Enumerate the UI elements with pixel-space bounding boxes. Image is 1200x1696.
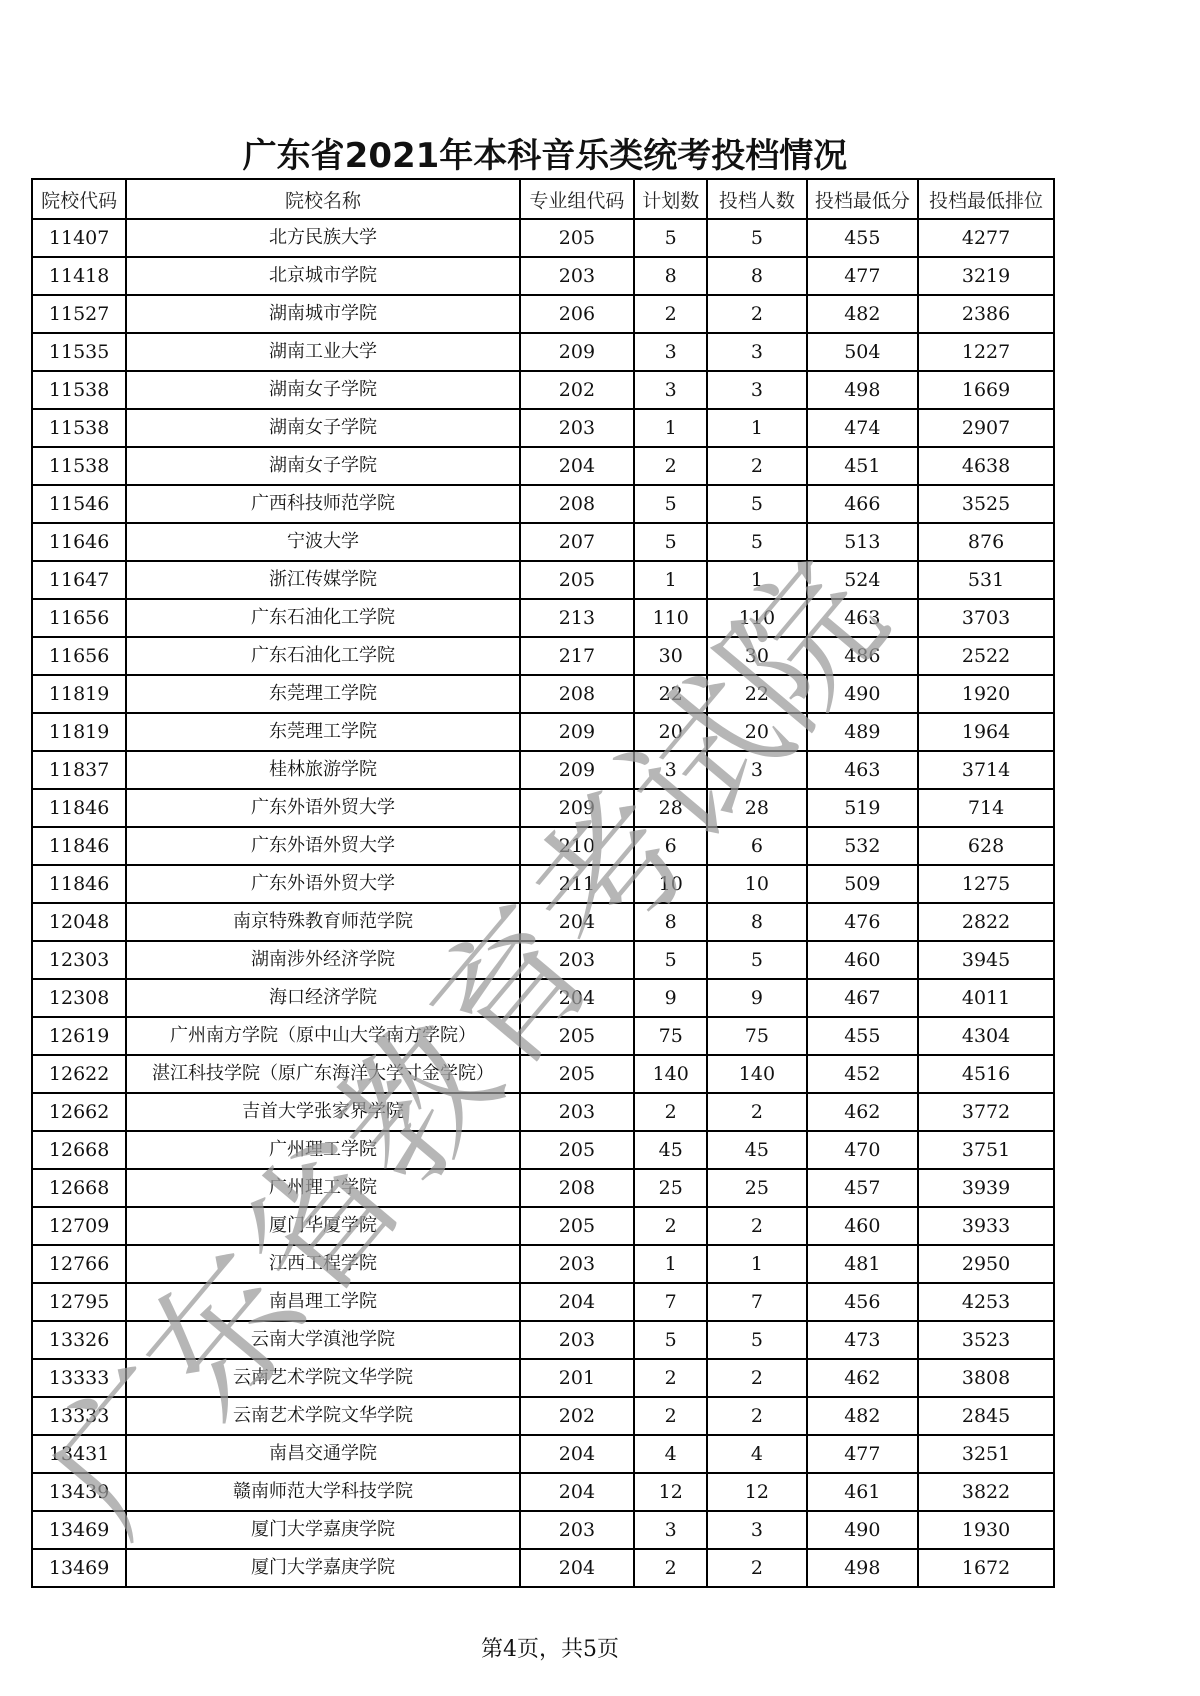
cell-admitted-count: 5 xyxy=(707,219,806,257)
table-row: 11837桂林旅游学院209334633714 xyxy=(32,751,1054,789)
cell-group-code: 209 xyxy=(520,789,635,827)
cell-min-rank: 2822 xyxy=(918,903,1054,941)
cell-min-rank: 2907 xyxy=(918,409,1054,447)
cell-plan-count: 30 xyxy=(634,637,707,675)
cell-group-code: 205 xyxy=(520,1017,635,1055)
table-row: 11538湖南女子学院203114742907 xyxy=(32,409,1054,447)
cell-min-rank: 1964 xyxy=(918,713,1054,751)
cell-school-name: 广州理工学院 xyxy=(126,1131,519,1169)
table-row: 12303湖南涉外经济学院203554603945 xyxy=(32,941,1054,979)
header-school-code: 院校代码 xyxy=(32,179,126,219)
cell-min-score: 498 xyxy=(807,1549,919,1587)
cell-group-code: 203 xyxy=(520,257,635,295)
cell-school-name: 浙江传媒学院 xyxy=(126,561,519,599)
header-school-name: 院校名称 xyxy=(126,179,519,219)
cell-group-code: 204 xyxy=(520,1435,635,1473)
table-row: 13469厦门大学嘉庚学院203334901930 xyxy=(32,1511,1054,1549)
cell-school-name: 湖南工业大学 xyxy=(126,333,519,371)
cell-school-code: 13431 xyxy=(32,1435,126,1473)
cell-admitted-count: 3 xyxy=(707,751,806,789)
table-body: 11407北方民族大学20555455427711418北京城市学院203884… xyxy=(32,219,1054,1587)
cell-admitted-count: 5 xyxy=(707,523,806,561)
cell-plan-count: 2 xyxy=(634,1093,707,1131)
cell-group-code: 203 xyxy=(520,1093,635,1131)
cell-school-code: 11846 xyxy=(32,865,126,903)
cell-min-rank: 3822 xyxy=(918,1473,1054,1511)
header-min-score: 投档最低分 xyxy=(807,179,919,219)
cell-admitted-count: 2 xyxy=(707,1359,806,1397)
cell-school-name: 广州理工学院 xyxy=(126,1169,519,1207)
cell-min-score: 532 xyxy=(807,827,919,865)
cell-plan-count: 20 xyxy=(634,713,707,751)
cell-min-rank: 2522 xyxy=(918,637,1054,675)
table-row: 11646宁波大学20755513876 xyxy=(32,523,1054,561)
cell-plan-count: 7 xyxy=(634,1283,707,1321)
table-row: 11538湖南女子学院204224514638 xyxy=(32,447,1054,485)
cell-group-code: 203 xyxy=(520,409,635,447)
cell-school-code: 11837 xyxy=(32,751,126,789)
header-group-code: 专业组代码 xyxy=(520,179,635,219)
cell-school-code: 11656 xyxy=(32,637,126,675)
cell-group-code: 206 xyxy=(520,295,635,333)
cell-group-code: 204 xyxy=(520,903,635,941)
cell-min-rank: 876 xyxy=(918,523,1054,561)
cell-school-name: 宁波大学 xyxy=(126,523,519,561)
cell-plan-count: 3 xyxy=(634,751,707,789)
cell-school-name: 厦门大学嘉庚学院 xyxy=(126,1511,519,1549)
cell-group-code: 205 xyxy=(520,1131,635,1169)
cell-school-name: 湖南城市学院 xyxy=(126,295,519,333)
cell-min-score: 524 xyxy=(807,561,919,599)
cell-plan-count: 1 xyxy=(634,1245,707,1283)
table-row: 12766江西工程学院203114812950 xyxy=(32,1245,1054,1283)
cell-school-name: 云南大学滇池学院 xyxy=(126,1321,519,1359)
cell-admitted-count: 2 xyxy=(707,1207,806,1245)
cell-school-name: 赣南师范大学科技学院 xyxy=(126,1473,519,1511)
cell-admitted-count: 4 xyxy=(707,1435,806,1473)
cell-school-name: 湖南女子学院 xyxy=(126,409,519,447)
cell-school-name: 广东外语外贸大学 xyxy=(126,827,519,865)
cell-min-rank: 3714 xyxy=(918,751,1054,789)
cell-school-code: 12308 xyxy=(32,979,126,1017)
cell-min-score: 482 xyxy=(807,295,919,333)
cell-school-name: 江西工程学院 xyxy=(126,1245,519,1283)
cell-min-rank: 3751 xyxy=(918,1131,1054,1169)
cell-school-name: 广西科技师范学院 xyxy=(126,485,519,523)
cell-school-code: 11418 xyxy=(32,257,126,295)
cell-group-code: 205 xyxy=(520,219,635,257)
cell-plan-count: 3 xyxy=(634,371,707,409)
cell-school-name: 南昌理工学院 xyxy=(126,1283,519,1321)
cell-group-code: 202 xyxy=(520,1397,635,1435)
header-admitted-count: 投档人数 xyxy=(707,179,806,219)
table-row: 13469厦门大学嘉庚学院204224981672 xyxy=(32,1549,1054,1587)
cell-school-code: 11538 xyxy=(32,371,126,409)
cell-school-code: 13439 xyxy=(32,1473,126,1511)
cell-plan-count: 2 xyxy=(634,1549,707,1587)
cell-school-name: 北京城市学院 xyxy=(126,257,519,295)
table-row: 11819东莞理工学院20920204891964 xyxy=(32,713,1054,751)
table-row: 11407北方民族大学205554554277 xyxy=(32,219,1054,257)
cell-school-code: 11407 xyxy=(32,219,126,257)
cell-school-name: 南京特殊教育师范学院 xyxy=(126,903,519,941)
cell-school-code: 11647 xyxy=(32,561,126,599)
table-row: 13326云南大学滇池学院203554733523 xyxy=(32,1321,1054,1359)
cell-plan-count: 2 xyxy=(634,447,707,485)
cell-plan-count: 5 xyxy=(634,1321,707,1359)
cell-admitted-count: 10 xyxy=(707,865,806,903)
table-header-row: 院校代码 院校名称 专业组代码 计划数 投档人数 投档最低分 投档最低排位 xyxy=(32,179,1054,219)
cell-admitted-count: 2 xyxy=(707,295,806,333)
cell-school-code: 11846 xyxy=(32,827,126,865)
cell-plan-count: 110 xyxy=(634,599,707,637)
cell-min-score: 509 xyxy=(807,865,919,903)
cell-group-code: 204 xyxy=(520,1473,635,1511)
cell-min-rank: 4011 xyxy=(918,979,1054,1017)
cell-min-rank: 4304 xyxy=(918,1017,1054,1055)
table-row: 11656广东石油化工学院21730304862522 xyxy=(32,637,1054,675)
cell-admitted-count: 12 xyxy=(707,1473,806,1511)
cell-school-code: 11656 xyxy=(32,599,126,637)
table-row: 12662吉首大学张家界学院203224623772 xyxy=(32,1093,1054,1131)
cell-min-score: 462 xyxy=(807,1093,919,1131)
cell-school-name: 广州南方学院（原中山大学南方学院） xyxy=(126,1017,519,1055)
cell-school-code: 12619 xyxy=(32,1017,126,1055)
cell-school-code: 12668 xyxy=(32,1131,126,1169)
cell-school-code: 11527 xyxy=(32,295,126,333)
cell-school-name: 广东外语外贸大学 xyxy=(126,789,519,827)
cell-min-score: 463 xyxy=(807,751,919,789)
cell-group-code: 203 xyxy=(520,1245,635,1283)
cell-min-score: 473 xyxy=(807,1321,919,1359)
cell-min-score: 452 xyxy=(807,1055,919,1093)
cell-group-code: 205 xyxy=(520,561,635,599)
cell-admitted-count: 22 xyxy=(707,675,806,713)
cell-school-code: 12662 xyxy=(32,1093,126,1131)
cell-admitted-count: 25 xyxy=(707,1169,806,1207)
cell-plan-count: 2 xyxy=(634,1207,707,1245)
cell-plan-count: 3 xyxy=(634,333,707,371)
cell-admitted-count: 8 xyxy=(707,257,806,295)
cell-plan-count: 25 xyxy=(634,1169,707,1207)
table-row: 11819东莞理工学院20822224901920 xyxy=(32,675,1054,713)
cell-min-rank: 4516 xyxy=(918,1055,1054,1093)
cell-min-rank: 531 xyxy=(918,561,1054,599)
cell-school-name: 东莞理工学院 xyxy=(126,675,519,713)
cell-admitted-count: 75 xyxy=(707,1017,806,1055)
table-row: 11846广东外语外贸大学21110105091275 xyxy=(32,865,1054,903)
cell-school-code: 11819 xyxy=(32,713,126,751)
cell-min-rank: 3523 xyxy=(918,1321,1054,1359)
cell-admitted-count: 20 xyxy=(707,713,806,751)
cell-min-score: 467 xyxy=(807,979,919,1017)
cell-plan-count: 4 xyxy=(634,1435,707,1473)
cell-group-code: 204 xyxy=(520,1283,635,1321)
cell-admitted-count: 110 xyxy=(707,599,806,637)
table-row: 11656广东石油化工学院2131101104633703 xyxy=(32,599,1054,637)
cell-group-code: 210 xyxy=(520,827,635,865)
cell-min-score: 460 xyxy=(807,1207,919,1245)
cell-min-score: 477 xyxy=(807,257,919,295)
cell-plan-count: 28 xyxy=(634,789,707,827)
cell-plan-count: 10 xyxy=(634,865,707,903)
cell-school-code: 12303 xyxy=(32,941,126,979)
cell-admitted-count: 3 xyxy=(707,371,806,409)
cell-school-code: 11546 xyxy=(32,485,126,523)
cell-min-score: 462 xyxy=(807,1359,919,1397)
cell-plan-count: 5 xyxy=(634,485,707,523)
cell-admitted-count: 1 xyxy=(707,409,806,447)
cell-min-score: 470 xyxy=(807,1131,919,1169)
cell-school-code: 12622 xyxy=(32,1055,126,1093)
cell-plan-count: 2 xyxy=(634,295,707,333)
cell-group-code: 211 xyxy=(520,865,635,903)
cell-min-score: 498 xyxy=(807,371,919,409)
cell-school-code: 11646 xyxy=(32,523,126,561)
cell-min-rank: 3808 xyxy=(918,1359,1054,1397)
cell-school-name: 云南艺术学院文华学院 xyxy=(126,1397,519,1435)
cell-min-rank: 714 xyxy=(918,789,1054,827)
cell-plan-count: 12 xyxy=(634,1473,707,1511)
table-row: 11418北京城市学院203884773219 xyxy=(32,257,1054,295)
cell-admitted-count: 2 xyxy=(707,447,806,485)
cell-admitted-count: 1 xyxy=(707,561,806,599)
cell-min-rank: 628 xyxy=(918,827,1054,865)
cell-min-rank: 1275 xyxy=(918,865,1054,903)
cell-min-score: 451 xyxy=(807,447,919,485)
cell-min-rank: 3772 xyxy=(918,1093,1054,1131)
cell-group-code: 205 xyxy=(520,1207,635,1245)
cell-group-code: 209 xyxy=(520,713,635,751)
cell-group-code: 203 xyxy=(520,1321,635,1359)
cell-school-name: 厦门华厦学院 xyxy=(126,1207,519,1245)
cell-school-name: 广东石油化工学院 xyxy=(126,599,519,637)
cell-school-code: 13469 xyxy=(32,1511,126,1549)
cell-admitted-count: 9 xyxy=(707,979,806,1017)
cell-school-name: 湖南女子学院 xyxy=(126,371,519,409)
cell-min-score: 489 xyxy=(807,713,919,751)
cell-school-code: 13333 xyxy=(32,1397,126,1435)
cell-min-score: 456 xyxy=(807,1283,919,1321)
table-row: 11846广东外语外贸大学21066532628 xyxy=(32,827,1054,865)
cell-min-rank: 2950 xyxy=(918,1245,1054,1283)
table-row: 11538湖南女子学院202334981669 xyxy=(32,371,1054,409)
cell-min-score: 504 xyxy=(807,333,919,371)
cell-plan-count: 3 xyxy=(634,1511,707,1549)
table-row: 11535湖南工业大学209335041227 xyxy=(32,333,1054,371)
cell-school-code: 12048 xyxy=(32,903,126,941)
cell-min-score: 461 xyxy=(807,1473,919,1511)
cell-school-name: 海口经济学院 xyxy=(126,979,519,1017)
cell-min-score: 460 xyxy=(807,941,919,979)
cell-plan-count: 45 xyxy=(634,1131,707,1169)
cell-min-rank: 3939 xyxy=(918,1169,1054,1207)
cell-plan-count: 6 xyxy=(634,827,707,865)
page-footer: 第4页，共5页 xyxy=(0,1632,1100,1663)
cell-plan-count: 22 xyxy=(634,675,707,713)
cell-min-rank: 3703 xyxy=(918,599,1054,637)
cell-min-rank: 3933 xyxy=(918,1207,1054,1245)
cell-min-rank: 2845 xyxy=(918,1397,1054,1435)
cell-school-code: 12766 xyxy=(32,1245,126,1283)
cell-min-rank: 3525 xyxy=(918,485,1054,523)
table-row: 12709厦门华厦学院205224603933 xyxy=(32,1207,1054,1245)
cell-plan-count: 2 xyxy=(634,1397,707,1435)
cell-group-code: 213 xyxy=(520,599,635,637)
cell-admitted-count: 3 xyxy=(707,1511,806,1549)
cell-group-code: 217 xyxy=(520,637,635,675)
cell-admitted-count: 30 xyxy=(707,637,806,675)
cell-plan-count: 9 xyxy=(634,979,707,1017)
table-row: 12668广州理工学院20825254573939 xyxy=(32,1169,1054,1207)
cell-group-code: 202 xyxy=(520,371,635,409)
cell-group-code: 205 xyxy=(520,1055,635,1093)
cell-school-code: 13333 xyxy=(32,1359,126,1397)
cell-plan-count: 8 xyxy=(634,257,707,295)
cell-min-rank: 4638 xyxy=(918,447,1054,485)
table-row: 11846广东外语外贸大学2092828519714 xyxy=(32,789,1054,827)
cell-admitted-count: 28 xyxy=(707,789,806,827)
cell-min-rank: 4277 xyxy=(918,219,1054,257)
table-row: 12668广州理工学院20545454703751 xyxy=(32,1131,1054,1169)
table-row: 11527湖南城市学院206224822386 xyxy=(32,295,1054,333)
cell-group-code: 209 xyxy=(520,751,635,789)
cell-min-score: 490 xyxy=(807,1511,919,1549)
cell-school-code: 13326 xyxy=(32,1321,126,1359)
cell-plan-count: 1 xyxy=(634,561,707,599)
cell-school-code: 12709 xyxy=(32,1207,126,1245)
cell-min-score: 463 xyxy=(807,599,919,637)
cell-min-rank: 2386 xyxy=(918,295,1054,333)
cell-min-rank: 1930 xyxy=(918,1511,1054,1549)
cell-admitted-count: 6 xyxy=(707,827,806,865)
cell-admitted-count: 45 xyxy=(707,1131,806,1169)
document-title: 广东省2021年本科音乐类统考投档情况 xyxy=(0,134,1090,178)
table-row: 12619广州南方学院（原中山大学南方学院）20575754554304 xyxy=(32,1017,1054,1055)
cell-school-code: 12668 xyxy=(32,1169,126,1207)
cell-group-code: 203 xyxy=(520,941,635,979)
cell-school-name: 东莞理工学院 xyxy=(126,713,519,751)
cell-plan-count: 140 xyxy=(634,1055,707,1093)
cell-school-name: 桂林旅游学院 xyxy=(126,751,519,789)
cell-admitted-count: 5 xyxy=(707,485,806,523)
cell-min-rank: 1227 xyxy=(918,333,1054,371)
cell-group-code: 204 xyxy=(520,447,635,485)
cell-admitted-count: 5 xyxy=(707,941,806,979)
cell-admitted-count: 7 xyxy=(707,1283,806,1321)
cell-school-code: 11538 xyxy=(32,447,126,485)
cell-group-code: 208 xyxy=(520,485,635,523)
cell-plan-count: 8 xyxy=(634,903,707,941)
cell-admitted-count: 140 xyxy=(707,1055,806,1093)
cell-min-score: 486 xyxy=(807,637,919,675)
cell-school-name: 湖南涉外经济学院 xyxy=(126,941,519,979)
cell-min-rank: 3945 xyxy=(918,941,1054,979)
cell-school-code: 11819 xyxy=(32,675,126,713)
cell-min-rank: 1672 xyxy=(918,1549,1054,1587)
cell-min-score: 519 xyxy=(807,789,919,827)
cell-min-rank: 4253 xyxy=(918,1283,1054,1321)
cell-admitted-count: 3 xyxy=(707,333,806,371)
cell-group-code: 204 xyxy=(520,979,635,1017)
cell-admitted-count: 1 xyxy=(707,1245,806,1283)
cell-min-score: 466 xyxy=(807,485,919,523)
cell-school-code: 11846 xyxy=(32,789,126,827)
cell-school-code: 13469 xyxy=(32,1549,126,1587)
cell-min-rank: 1669 xyxy=(918,371,1054,409)
cell-group-code: 203 xyxy=(520,1511,635,1549)
cell-min-score: 513 xyxy=(807,523,919,561)
table-row: 13333云南艺术学院文华学院201224623808 xyxy=(32,1359,1054,1397)
table-row: 12795南昌理工学院204774564253 xyxy=(32,1283,1054,1321)
table-row: 12048南京特殊教育师范学院204884762822 xyxy=(32,903,1054,941)
table-row: 11546广西科技师范学院208554663525 xyxy=(32,485,1054,523)
cell-school-code: 12795 xyxy=(32,1283,126,1321)
cell-min-score: 474 xyxy=(807,409,919,447)
header-plan-count: 计划数 xyxy=(634,179,707,219)
cell-school-name: 云南艺术学院文华学院 xyxy=(126,1359,519,1397)
cell-admitted-count: 2 xyxy=(707,1549,806,1587)
cell-min-score: 455 xyxy=(807,219,919,257)
table-row: 13333云南艺术学院文华学院202224822845 xyxy=(32,1397,1054,1435)
cell-school-name: 广东外语外贸大学 xyxy=(126,865,519,903)
cell-group-code: 208 xyxy=(520,675,635,713)
cell-group-code: 207 xyxy=(520,523,635,561)
table-row: 12622湛江科技学院（原广东海洋大学寸金学院）2051401404524516 xyxy=(32,1055,1054,1093)
cell-min-score: 455 xyxy=(807,1017,919,1055)
cell-min-rank: 1920 xyxy=(918,675,1054,713)
cell-min-score: 477 xyxy=(807,1435,919,1473)
header-min-rank: 投档最低排位 xyxy=(918,179,1054,219)
cell-school-code: 11538 xyxy=(32,409,126,447)
cell-school-name: 南昌交通学院 xyxy=(126,1435,519,1473)
cell-min-score: 490 xyxy=(807,675,919,713)
cell-admitted-count: 8 xyxy=(707,903,806,941)
cell-school-name: 厦门大学嘉庚学院 xyxy=(126,1549,519,1587)
cell-plan-count: 1 xyxy=(634,409,707,447)
cell-min-score: 481 xyxy=(807,1245,919,1283)
cell-plan-count: 5 xyxy=(634,219,707,257)
cell-min-rank: 3251 xyxy=(918,1435,1054,1473)
table-row: 13439赣南师范大学科技学院20412124613822 xyxy=(32,1473,1054,1511)
cell-group-code: 209 xyxy=(520,333,635,371)
cell-group-code: 204 xyxy=(520,1549,635,1587)
cell-admitted-count: 5 xyxy=(707,1321,806,1359)
cell-school-name: 广东石油化工学院 xyxy=(126,637,519,675)
cell-min-score: 476 xyxy=(807,903,919,941)
cell-admitted-count: 2 xyxy=(707,1093,806,1131)
cell-plan-count: 2 xyxy=(634,1359,707,1397)
cell-admitted-count: 2 xyxy=(707,1397,806,1435)
cell-group-code: 208 xyxy=(520,1169,635,1207)
cell-school-name: 北方民族大学 xyxy=(126,219,519,257)
admission-table: 院校代码 院校名称 专业组代码 计划数 投档人数 投档最低分 投档最低排位 11… xyxy=(31,178,1055,1588)
table-row: 12308海口经济学院204994674011 xyxy=(32,979,1054,1017)
cell-min-score: 482 xyxy=(807,1397,919,1435)
table-row: 13431南昌交通学院204444773251 xyxy=(32,1435,1054,1473)
cell-group-code: 201 xyxy=(520,1359,635,1397)
cell-min-score: 457 xyxy=(807,1169,919,1207)
cell-plan-count: 5 xyxy=(634,941,707,979)
cell-school-name: 湖南女子学院 xyxy=(126,447,519,485)
cell-plan-count: 75 xyxy=(634,1017,707,1055)
cell-plan-count: 5 xyxy=(634,523,707,561)
cell-school-code: 11535 xyxy=(32,333,126,371)
cell-school-name: 吉首大学张家界学院 xyxy=(126,1093,519,1131)
cell-min-rank: 3219 xyxy=(918,257,1054,295)
table-row: 11647浙江传媒学院20511524531 xyxy=(32,561,1054,599)
cell-school-name: 湛江科技学院（原广东海洋大学寸金学院） xyxy=(126,1055,519,1093)
